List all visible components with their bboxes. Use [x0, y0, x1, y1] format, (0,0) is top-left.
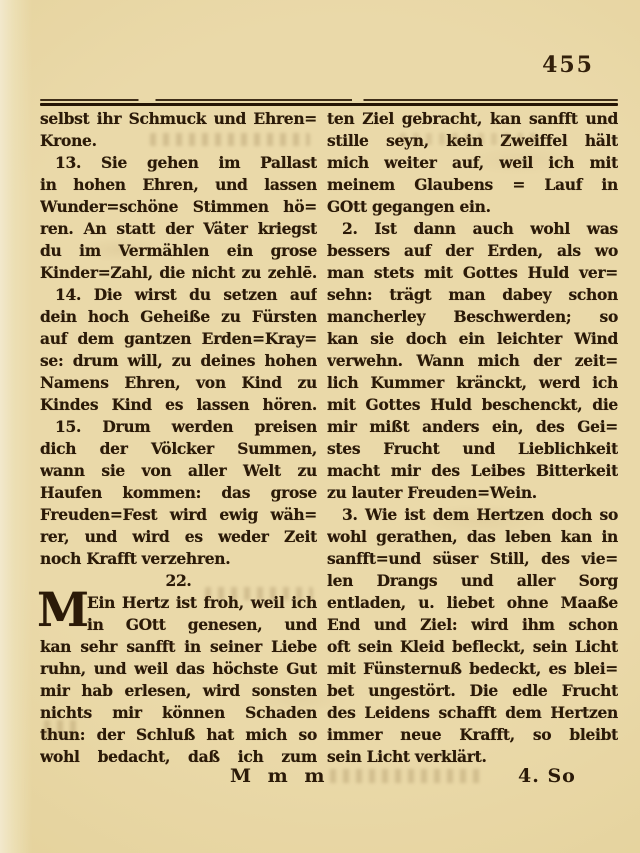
text-line: mich weiter auf, weil ich mit [327, 152, 618, 174]
text-line: se: drum will, zu deines hohen [40, 350, 317, 372]
text-line: mir hab erlesen, wird sonsten [40, 680, 317, 702]
text-line: GOtt gegangen ein. [327, 196, 618, 218]
text-line: stille seyn, kein Zweiffel hält [327, 130, 618, 152]
text-line: nichts mir können Schaden [40, 702, 317, 724]
drop-cap-letter: M [37, 588, 89, 634]
text-line: ten Ziel gebracht, kan sanfft und [327, 108, 618, 130]
text-line: wohl gerathen, das leben kan in [327, 526, 618, 548]
text-line: ruhn, und weil das höchste Gut [40, 658, 317, 680]
text-columns: selbst ihr Schmuck und Ehren=Krone.13. S… [40, 108, 618, 768]
text-line: Wunder=schöne Stimmen hö= [40, 196, 317, 218]
text-line: bet ungestört. Die edle Frucht [327, 680, 618, 702]
text-line: mancherley Beschwerden; so [327, 306, 618, 328]
text-line: sehn: trägt man dabey schon [327, 284, 618, 306]
text-line: sanfft=und süser Still, des vie= [327, 548, 618, 570]
text-line: macht mir des Leibes Bitterkeit [327, 460, 618, 482]
text-line: Krone. [40, 130, 317, 152]
text-line: kan sehr sanfft in seiner Liebe [40, 636, 317, 658]
header-rule [40, 99, 618, 108]
text-line: kan sie doch ein leichter Wind [327, 328, 618, 350]
text-line: selbst ihr Schmuck und Ehren= [40, 108, 317, 130]
text-line: Kinder=Zahl, die nicht zu zehlē. [40, 262, 317, 284]
text-line: ren. An statt der Väter kriegst [40, 218, 317, 240]
text-line: 14. Die wirst du setzen auf [40, 284, 317, 306]
text-line: man stets mit Gottes Huld ver= [327, 262, 618, 284]
text-line: mit Fünsternuß bedeckt, es blei= [327, 658, 618, 680]
text-line: Freuden=Fest wird ewig wäh= [40, 504, 317, 526]
text-line: verwehn. Wann mich der zeit= [327, 350, 618, 372]
text-line: Namens Ehren, von Kind zu [40, 372, 317, 394]
text-line: thun: der Schluß hat mich so [40, 724, 317, 746]
footer-row: M m m 4. So [40, 765, 618, 791]
text-line: len Drangs und aller Sorg [327, 570, 618, 592]
text-line: Kindes Kind es lassen hören. [40, 394, 317, 416]
text-line: 2. Ist dann auch wohl was [327, 218, 618, 240]
left-column: selbst ihr Schmuck und Ehren=Krone.13. S… [40, 108, 317, 768]
text-line: in GOtt genesen, und [87, 614, 317, 636]
text-line: oft sein Kleid befleckt, sein Licht [327, 636, 618, 658]
catchword: 4. So [518, 765, 576, 787]
header-rule-thin-line [40, 99, 618, 101]
text-line: End und Ziel: wird ihm schon [327, 614, 618, 636]
text-line: du im Vermählen ein grose [40, 240, 317, 262]
text-line: Haufen kommen: das grose [40, 482, 317, 504]
signature-mark: M m m [230, 765, 329, 787]
text-line: in hohen Ehren, und lassen [40, 174, 317, 196]
text-line: meinem Glaubens = Lauf in [327, 174, 618, 196]
text-line: 15. Drum werden preisen [40, 416, 317, 438]
text-line: 13. Sie gehen im Pallast [40, 152, 317, 174]
right-column: ten Ziel gebracht, kan sanfft undstille … [327, 108, 618, 768]
text-line: lich Kummer kränckt, werd ich [327, 372, 618, 394]
text-line: zu lauter Freuden=Wein. [327, 482, 618, 504]
text-line: mit Gottes Huld beschenckt, die [327, 394, 618, 416]
text-line: entladen, u. liebet ohne Maaße [327, 592, 618, 614]
page-number: 455 [542, 52, 594, 78]
text-line: mir mißt anders ein, des Gei= [327, 416, 618, 438]
text-line: dich der Völcker Summen, [40, 438, 317, 460]
text-line: MEin Hertz ist froh, weil ich [87, 592, 317, 614]
text-line: rer, und wird es weder Zeit [40, 526, 317, 548]
text-line: stes Frucht und Lieblichkeit [327, 438, 618, 460]
text-line: des Leidens schafft dem Hertzen [327, 702, 618, 724]
text-line: dein hoch Geheiße zu Fürsten [40, 306, 317, 328]
text-line: bessers auf der Erden, als wo [327, 240, 618, 262]
text-line: immer neue Krafft, so bleibt [327, 724, 618, 746]
text-line: auf dem gantzen Erden=Kray= [40, 328, 317, 350]
text-line: wann sie von aller Welt zu [40, 460, 317, 482]
header-rule-thick-line [40, 103, 618, 106]
text-line: noch Krafft verzehren. [40, 548, 317, 570]
text-line: 3. Wie ist dem Hertzen doch so [327, 504, 618, 526]
